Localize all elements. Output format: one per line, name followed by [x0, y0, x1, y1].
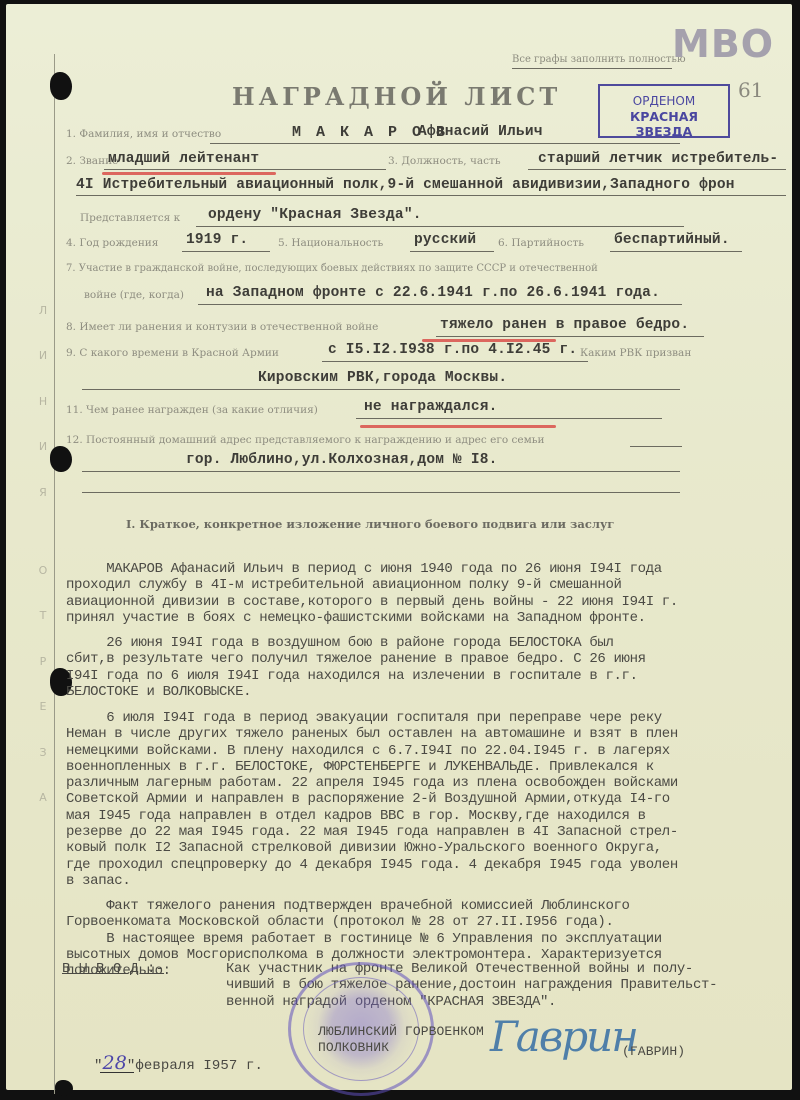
margin-letter: А [39, 791, 47, 804]
margin-vertical-text: ЛИНИЯОТРЕЗА [36, 304, 50, 804]
date-rest: февраля I957 г. [135, 1058, 263, 1074]
award-stamp: ОРДЕНОМ КРАСНАЯ ЗВЕЗДА [598, 84, 730, 138]
margin-letter: Р [40, 655, 47, 668]
field-8-label: 8. Имеет ли ранения и контузии в отечест… [66, 321, 378, 333]
field-12-label: 12. Постоянный домашний адрес представля… [66, 434, 544, 446]
document-title: НАГРАДНОЙ ЛИСТ [232, 82, 561, 111]
corner-stamp: МВО [672, 22, 774, 66]
field-1-label: 1. Фамилия, имя и отчество [66, 128, 221, 140]
field-11-label: 11. Чем ранее награжден (за какие отличи… [66, 404, 318, 416]
field-5-value: русский [414, 232, 476, 248]
issuer-title: ЛЮБЛИНСКИЙ ГОРВОЕНКОМ [318, 1024, 484, 1039]
field-4-label: 4. Год рождения [66, 237, 158, 249]
margin-letter: З [39, 746, 46, 759]
punch-hole [50, 446, 72, 472]
margin-letter: Я [39, 486, 47, 499]
nominated-label: Представляется к [80, 212, 180, 224]
field-3-label: 3. Должность, часть [388, 155, 501, 167]
red-underline [360, 425, 556, 428]
punch-hole [50, 72, 72, 100]
narrative-paragraph-2: 26 июня I94I года в воздушном бою в райо… [66, 635, 786, 700]
page-number: 61 [738, 78, 763, 102]
date-day: 28 [103, 1052, 127, 1074]
margin-letter: Т [40, 609, 47, 622]
field-7-label-cont: войне (где, когда) [84, 289, 184, 301]
margin-rule [54, 54, 55, 1094]
field-6-value: беспартийный. [614, 232, 730, 248]
field-9-tail-label: Каким РВК призван [580, 347, 691, 359]
margin-letter: И [39, 349, 47, 362]
margin-letter: И [39, 440, 47, 453]
field-9-value: с I5.I2.I938 г.по 4.I2.45 г. [328, 342, 577, 358]
margin-letter: Л [39, 304, 47, 317]
margin-letter: Е [40, 700, 47, 713]
red-underline [102, 172, 276, 175]
narrative-paragraph-1: МАКАРОВ Афанасий Ильич в период с июня 1… [66, 561, 786, 626]
nominated-value: ордену "Красная Звезда". [208, 207, 422, 223]
field-6-label: 6. Партийность [498, 237, 584, 249]
margin-letter: О [39, 564, 48, 577]
issuer-rank: ПОЛКОВНИК [318, 1040, 389, 1055]
punch-hole [55, 1080, 73, 1096]
header-note: Все графы заполнить полностью [512, 54, 686, 65]
field-3-value: старший летчик истребитель- [538, 151, 778, 167]
field-1-name: Афанасий Ильич [418, 124, 543, 140]
date: "28"февраля I957 г. [94, 1052, 263, 1074]
field-7-value: на Западном фронте с 22.6.1941 г.по 26.6… [206, 285, 660, 301]
field-2-value: младший лейтенант [108, 151, 259, 167]
field-7-label: 7. Участие в гражданской войне, последую… [66, 263, 598, 274]
field-3-value-cont: 4I Истребительный авиационный полк,9-й с… [76, 177, 735, 193]
margin-letter: Н [39, 395, 47, 408]
field-12-value: гор. Люблино,ул.Колхозная,дом № I8. [186, 452, 498, 468]
field-9-label: 9. С какого времени в Красной Армии [66, 347, 279, 359]
narrative-paragraph-3: 6 июля I94I года в период эвакуации госп… [66, 710, 786, 889]
field-8-value: тяжело ранен в правое бедро. [440, 317, 689, 333]
field-10-value: Кировским РВК,города Москвы. [258, 370, 507, 386]
field-5-label: 5. Национальность [278, 237, 383, 249]
handwritten-signature: Гаврин [490, 1012, 637, 1061]
field-4-value: 1919 г. [186, 232, 248, 248]
field-11-value: не награждался. [364, 399, 498, 415]
narrative-heading: I. Краткое, конкретное изложение личного… [126, 517, 614, 531]
award-stamp-line1: ОРДЕНОМ [600, 94, 728, 108]
conclusion-label: В Ы В О Д :- [62, 961, 164, 977]
signatory-name: (ГАВРИН) [622, 1044, 685, 1059]
award-stamp-line2: КРАСНАЯ ЗВЕЗДА [600, 109, 728, 139]
